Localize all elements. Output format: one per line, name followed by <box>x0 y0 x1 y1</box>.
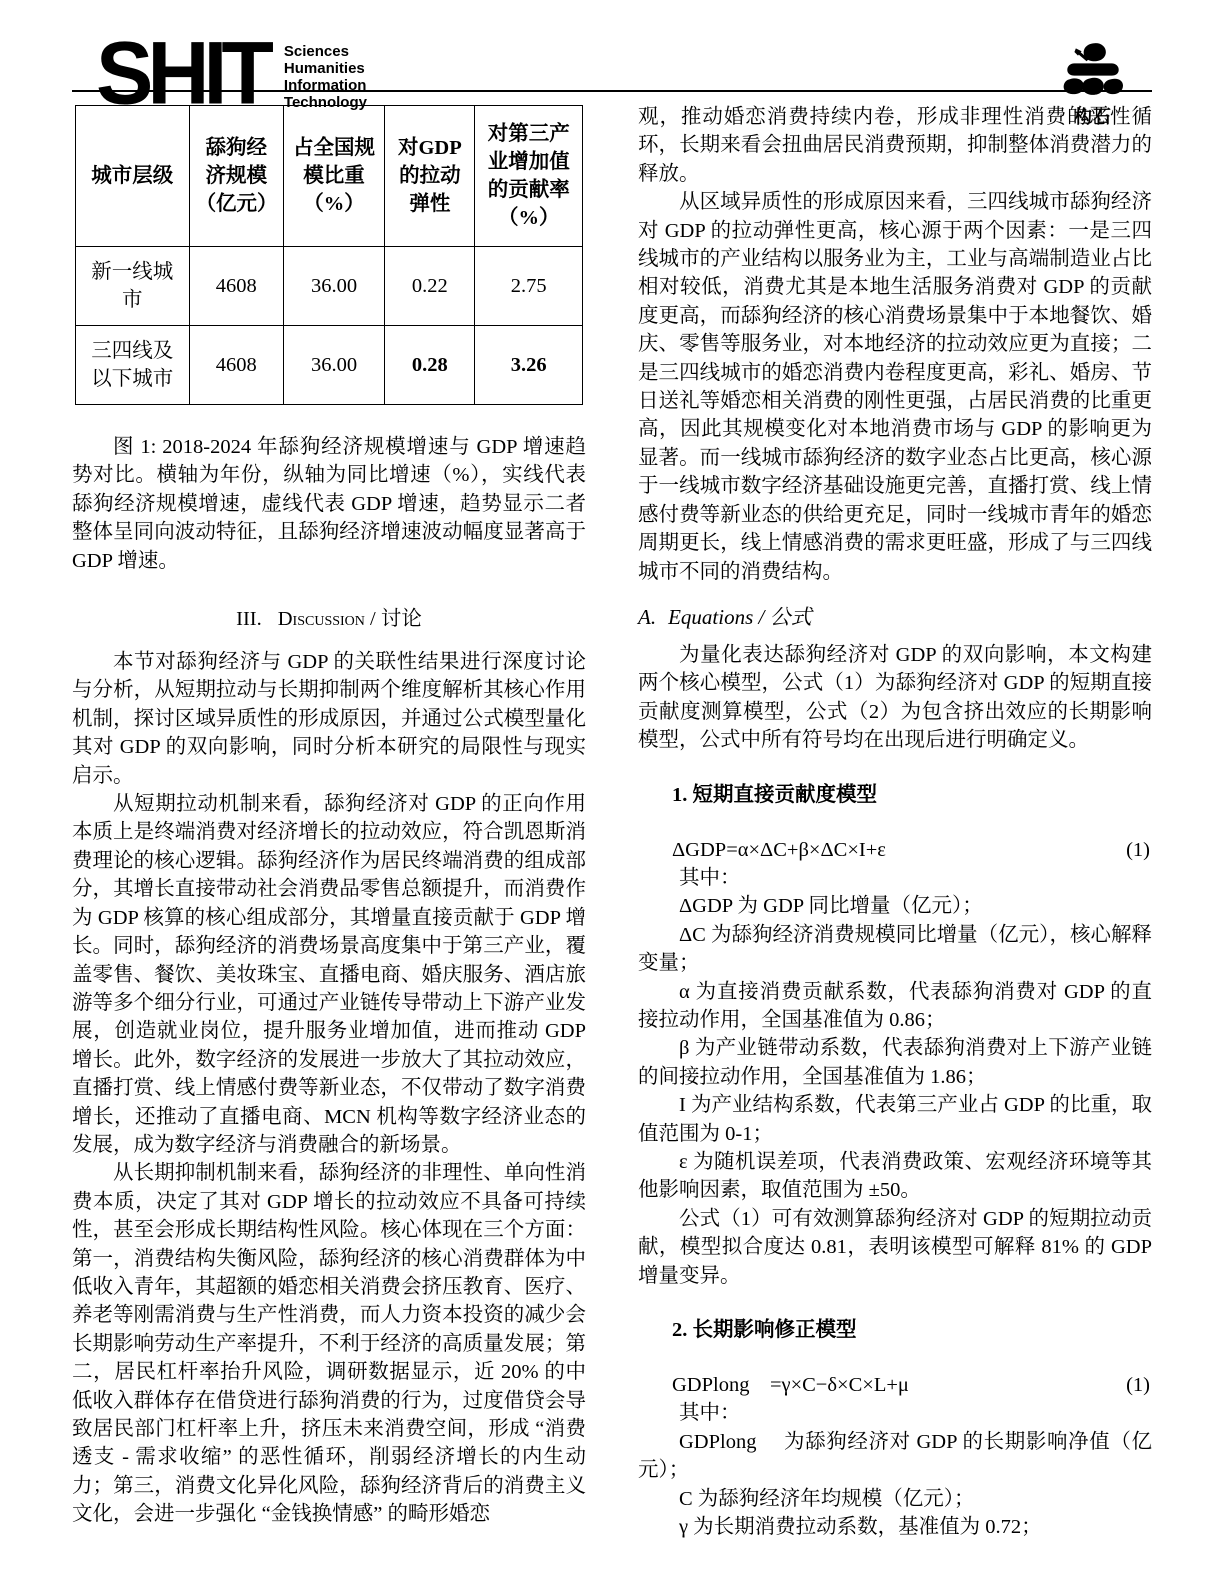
right-column: 观，推动婚恋消费持续内卷，形成非理性消费的恶性循环，长期来看会扭曲居民消费预期，… <box>638 103 1152 1541</box>
subsection-number: A. <box>638 605 656 629</box>
left-column: 城市层级 舔狗经济规模（亿元） 占全国规模比重（%） 对GDP的拉动弹性 对第三… <box>72 103 586 1541</box>
paper-page: SHIT Sciences Humanities Information Tec… <box>0 0 1224 1584</box>
equation-definition: ΔGDP 为 GDP 同比增量（亿元）； <box>638 892 1152 920</box>
journal-masthead: SHIT Sciences Humanities Information Tec… <box>0 0 1224 86</box>
equation-definition: α 为直接消费贡献系数，代表舔狗消费对 GDP 的直接拉动作用，全国基准值为 0… <box>638 978 1152 1035</box>
section-heading: III.Discussion / 讨论 <box>72 605 586 633</box>
logo-word-humanities: Humanities <box>284 60 367 77</box>
equation-definition: I 为产业结构系数，代表第三产业占 GDP 的比重，取值范围为 0-1； <box>638 1091 1152 1148</box>
equation-2-number: (1) <box>1126 1371 1152 1399</box>
model2-heading: 2. 长期影响修正模型 <box>672 1316 1152 1344</box>
paragraph: 从长期抑制机制来看，舔狗经济的非理性、单向性消费本质，决定了其对 GDP 增长的… <box>72 1159 586 1528</box>
col-header-contribution: 对第三产业增加值的贡献率（%） <box>475 106 583 247</box>
equation-definition: GDPlong 为舔狗经济对 GDP 的长期影响净值（亿元）； <box>638 1428 1152 1485</box>
equation-2-formula: GDPlong =γ×C−δ×C×L+μ <box>672 1371 909 1399</box>
paper-body: 城市层级 舔狗经济规模（亿元） 占全国规模比重（%） 对GDP的拉动弹性 对第三… <box>0 92 1224 1541</box>
cell-tier: 新一线城市 <box>76 247 190 326</box>
col-header-scale: 舔狗经济规模（亿元） <box>189 106 283 247</box>
subsection-heading: A.Equations / 公式 <box>638 603 1152 631</box>
subsection-title: Equations / 公式 <box>668 605 812 629</box>
equation-definition: C 为舔狗经济年均规模（亿元）； <box>638 1485 1152 1513</box>
cell-scale: 4608 <box>189 247 283 326</box>
paragraph: 为量化表达舔狗经济对 GDP 的双向影响，本文构建两个核心模型，公式（1）为舔狗… <box>638 641 1152 755</box>
logo-word-sciences: Sciences <box>284 43 367 60</box>
journal-logo-words: Sciences Humanities Information Technolo… <box>284 40 367 111</box>
cell-tier: 三四线及以下城市 <box>76 326 190 405</box>
cell-elasticity: 0.28 <box>385 326 475 405</box>
paragraph: 从短期拉动机制来看，舔狗经济对 GDP 的正向作用本质上是终端消费对经济增长的拉… <box>72 790 586 1159</box>
cell-contribution: 2.75 <box>475 247 583 326</box>
city-tier-table: 城市层级 舔狗经济规模（亿元） 占全国规模比重（%） 对GDP的拉动弹性 对第三… <box>75 105 583 405</box>
cell-scale: 4608 <box>189 326 283 405</box>
equation-definition: ε 为随机误差项，代表消费政策、宏观经济环境等其他影响因素，取值范围为 ±50。 <box>638 1148 1152 1205</box>
equation-definition: ΔC 为舔狗经济消费规模同比增量（亿元），核心解释变量； <box>638 921 1152 978</box>
logo-word-information: Information <box>284 77 367 94</box>
journal-logo-text: SHIT <box>96 40 268 107</box>
equation-definition: γ 为长期消费拉动系数，基准值为 0.72； <box>638 1513 1152 1541</box>
equation-1: ΔGDP=α×ΔC+β×ΔC×I+ε (1) <box>638 836 1152 864</box>
paragraph-continuation: 观，推动婚恋消费持续内卷，形成非理性消费的恶性循环，长期来看会扭曲居民消费预期，… <box>638 103 1152 188</box>
col-header-city-tier: 城市层级 <box>76 106 190 247</box>
equation-definition: 其中： <box>638 1399 1152 1427</box>
section-title: Discussion / 讨论 <box>278 608 422 630</box>
table-row: 三四线及以下城市 4608 36.00 0.28 3.26 <box>76 326 583 405</box>
table-header-row: 城市层级 舔狗经济规模（亿元） 占全国规模比重（%） 对GDP的拉动弹性 对第三… <box>76 106 583 247</box>
table-row: 新一线城市 4608 36.00 0.22 2.75 <box>76 247 583 326</box>
col-header-elasticity: 对GDP的拉动弹性 <box>385 106 475 247</box>
equation-definition: 其中： <box>638 864 1152 892</box>
cell-contribution: 3.26 <box>475 326 583 405</box>
section-number: III. <box>236 608 262 630</box>
equation-definition: 公式（1）可有效测算舔狗经济对 GDP 的短期拉动贡献，模型拟合度达 0.81，… <box>638 1205 1152 1290</box>
stone-pile-icon <box>1057 42 1129 102</box>
equation-definition: β 为产业链带动系数，代表舔狗消费对上下游产业链的间接拉动作用，全国基准值为 1… <box>638 1034 1152 1091</box>
cell-elasticity: 0.22 <box>385 247 475 326</box>
cell-share: 36.00 <box>283 326 384 405</box>
figure-caption: 图 1: 2018-2024 年舔狗经济规模增速与 GDP 增速趋势对比。横轴为… <box>72 433 586 575</box>
paragraph: 本节对舔狗经济与 GDP 的关联性结果进行深度讨论与分析，从短期拉动与长期抑制两… <box>72 648 586 790</box>
paragraph: 从区域异质性的形成原因来看，三四线城市舔狗经济对 GDP 的拉动弹性更高，核心源… <box>638 188 1152 586</box>
equation-2: GDPlong =γ×C−δ×C×L+μ (1) <box>638 1371 1152 1399</box>
journal-brand: SHIT Sciences Humanities Information Tec… <box>96 40 367 111</box>
col-header-share: 占全国规模比重（%） <box>283 106 384 247</box>
model1-heading: 1. 短期直接贡献度模型 <box>672 781 1152 809</box>
cell-share: 36.00 <box>283 247 384 326</box>
equation-1-number: (1) <box>1126 836 1152 864</box>
equation-1-formula: ΔGDP=α×ΔC+β×ΔC×I+ε <box>672 836 886 864</box>
